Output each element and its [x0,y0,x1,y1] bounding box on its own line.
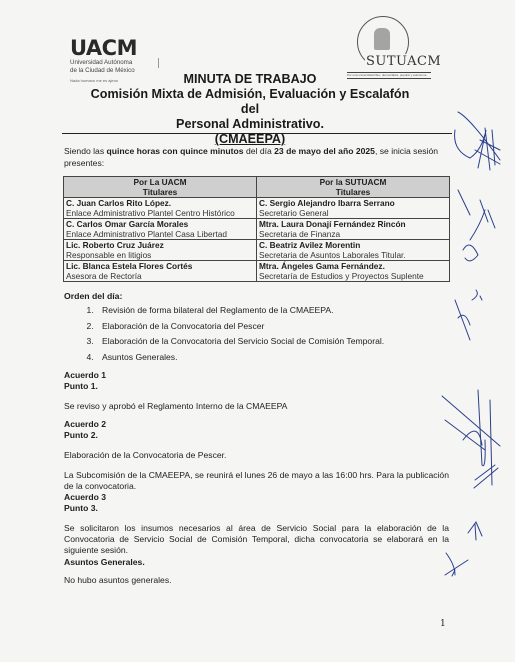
member-name: Mtra. Ángeles Gama Fernández. [259,261,447,271]
agenda-item: Elaboración de la Convocatoria del Pesce… [96,319,436,335]
agenda-item: Revisión de forma bilateral del Reglamen… [96,303,436,319]
commission-name-line2: Personal Administrativo. [80,117,420,132]
document-title-block: MINUTA DE TRABAJO Comisión Mixta de Admi… [80,72,420,147]
table-header-row: Por La UACM Titulares Por la SUTUACM Tit… [64,177,450,198]
agreement-text: Se solicitaron los insumos necesarios al… [64,523,449,556]
header-sublabel: Titulares [257,187,449,197]
intro-text: Siendo las [64,146,107,156]
agreement-3: Acuerdo 3 Punto 3. Se solicitaron los in… [64,492,449,556]
member-role: Enlace Administrativo Plantel Centro His… [66,208,254,218]
member-name: C. Beatriz Avilez Morentin [259,240,447,250]
member-name: Mtra. Laura Donají Fernández Rincón [259,219,447,229]
sutuacm-member-cell: C. Beatriz Avilez MorentinSecretaria de … [257,240,450,261]
column-header-sutuacm: Por la SUTUACM Titulares [257,177,450,198]
uacm-member-cell: C. Juan Carlos Rito López.Enlace Adminis… [64,198,257,219]
uacm-member-cell: Lic. Blanca Estela Flores CortésAsesora … [64,261,257,282]
document-title: MINUTA DE TRABAJO [80,72,420,87]
header-label: Por la SUTUACM [257,177,449,187]
uacm-name-line1: Universidad Autónoma [70,59,155,66]
member-role: Asesora de Rectoría [66,271,254,281]
member-role: Secretaria de Asuntos Laborales Titular. [259,250,447,260]
member-role: Secretaria de Finanza [259,229,447,239]
sutuacm-member-cell: Mtra. Ángeles Gama Fernández.Secretaría … [257,261,450,282]
session-intro: Siendo las quince horas con quince minut… [64,145,449,169]
member-role: Secretario General [259,208,447,218]
header-sublabel: Titulares [64,187,256,197]
point-heading: Punto 3. [64,503,449,514]
signature-mark [455,290,482,340]
signature-mark [455,112,500,170]
agreement-heading: Acuerdo 3 [64,492,449,503]
member-name: C. Juan Carlos Rito López. [66,198,254,208]
agreement-heading: Acuerdo 1 [64,370,449,381]
member-role: Secretaría de Estudios y Proyectos Suple… [259,271,447,281]
header-label: Por La UACM [64,177,256,187]
raised-fist-icon [374,28,390,50]
table-row: C. Juan Carlos Rito López.Enlace Adminis… [64,198,450,219]
sutuacm-member-cell: C. Sergio Alejandro Ibarra SerranoSecret… [257,198,450,219]
signature-mark [458,190,495,261]
agreement-text: Se reviso y aprobó el Reglamento Interno… [64,401,449,412]
point-heading: Punto 2. [64,430,449,441]
agenda-item: Elaboración de la Convocatoria del Servi… [96,334,436,350]
header-divider [62,133,452,134]
intro-text: del día [244,146,275,156]
sutuacm-member-cell: Mtra. Laura Donají Fernández RincónSecre… [257,219,450,240]
agreement-text: Elaboración de la Convocatoria de Pescer… [64,450,449,461]
column-header-uacm: Por La UACM Titulares [64,177,257,198]
attendance-table: Por La UACM Titulares Por la SUTUACM Tit… [63,176,450,282]
session-time: quince horas con quince minutos [107,146,244,156]
agreement-heading: Acuerdo 2 [64,419,449,430]
member-name: Lic. Roberto Cruz Juárez [66,240,254,250]
member-name: C. Sergio Alejandro Ibarra Serrano [259,198,447,208]
logo-divider [158,58,159,68]
uacm-member-cell: Lic. Roberto Cruz JuárezResponsable en l… [64,240,257,261]
uacm-wordmark: UACM [70,38,155,58]
sutuacm-wordmark: SUTUACM [365,54,442,69]
page-number: 1 [440,619,446,629]
agenda-item: Asuntos Generales. [96,350,436,366]
uacm-member-cell: C. Carlos Omar García MoralesEnlace Admi… [64,219,257,240]
point-heading: Punto 1. [64,381,449,392]
member-role: Responsable en litigios [66,250,254,260]
general-matters: Asuntos Generales. No hubo asuntos gener… [64,557,449,586]
signature-mark [442,390,500,488]
agenda-list: Revisión de forma bilateral del Reglamen… [64,303,436,365]
agreement-1: Acuerdo 1 Punto 1. Se reviso y aprobó el… [64,370,449,412]
table-row: Lic. Blanca Estela Flores CortésAsesora … [64,261,450,282]
member-name: Lic. Blanca Estela Flores Cortés [66,261,254,271]
agreement-text: La Subcomisión de la CMAEEPA, se reunirá… [64,470,449,492]
general-matters-text: No hubo asuntos generales. [64,575,449,586]
session-date: 23 de mayo del año 2025 [274,146,375,156]
agenda-heading: Orden del día: [64,291,122,301]
member-name: C. Carlos Omar García Morales [66,219,254,229]
document-page: UACM Universidad Autónoma de la Ciudad d… [0,0,515,662]
table-row: Lic. Roberto Cruz JuárezResponsable en l… [64,240,450,261]
member-role: Enlace Administrativo Plantel Casa Liber… [66,229,254,239]
agreement-2: Acuerdo 2 Punto 2. Elaboración de la Con… [64,419,449,492]
signature-mark [468,522,482,540]
general-matters-heading: Asuntos Generales. [64,557,449,568]
table-row: C. Carlos Omar García MoralesEnlace Admi… [64,219,450,240]
commission-name-line1: Comisión Mixta de Admisión, Evaluación y… [80,87,420,117]
